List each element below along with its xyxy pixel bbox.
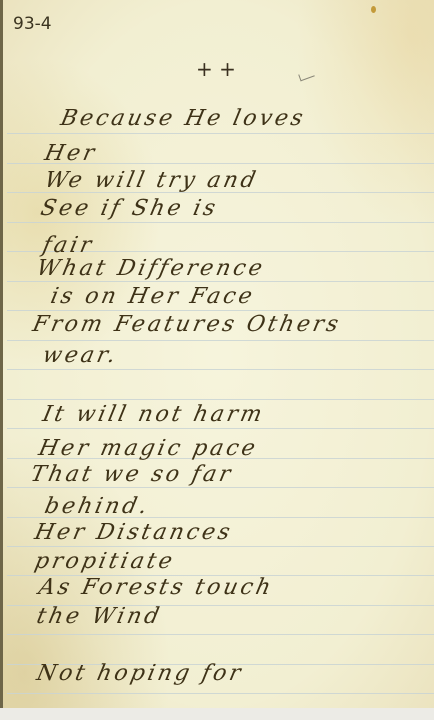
ruled-line [7, 399, 434, 400]
manuscript-line: Her [42, 141, 99, 166]
manuscript-line: the Wind [34, 604, 164, 629]
ruled-line [7, 310, 434, 311]
manuscript-line: Not hoping for [34, 661, 245, 686]
manuscript-line: We will try and [42, 168, 260, 193]
ruled-line [7, 693, 434, 694]
manuscript-line: It will not harm [40, 402, 267, 427]
ruled-line [7, 133, 434, 134]
manuscript-line: wear. [40, 343, 120, 368]
manuscript-line: is on Her Face [48, 284, 257, 309]
ruled-line [7, 340, 434, 341]
manuscript-line: propitiate [32, 549, 177, 574]
manuscript-line: Because He loves [58, 106, 308, 131]
manuscript-line: What Difference [34, 256, 267, 281]
ruled-line [7, 428, 434, 429]
paper-stain [371, 6, 376, 13]
ruled-line [7, 222, 434, 223]
manuscript-line: As Forests touch [36, 575, 276, 600]
manuscript-line: behind. [42, 494, 152, 519]
ruled-line [7, 281, 434, 282]
pencil-tick-mark [298, 70, 314, 82]
manuscript-line: That we so far [28, 462, 235, 487]
cross-marks: + + [196, 57, 236, 81]
manuscript-line: From Features Others [30, 312, 343, 337]
ruled-line [7, 487, 434, 488]
folio-number: 93-4 [13, 14, 52, 34]
manuscript-line: fair [40, 233, 96, 258]
ruled-line [7, 634, 434, 635]
manuscript-line: Her Distances [32, 520, 235, 545]
manuscript-line: Her magic pace [36, 436, 260, 461]
ruled-line [7, 546, 434, 547]
manuscript-line: See if She is [38, 196, 220, 221]
manuscript-page: 93-4 + + Because He lovesHerWe will try … [0, 0, 434, 708]
ruled-line [7, 369, 434, 370]
